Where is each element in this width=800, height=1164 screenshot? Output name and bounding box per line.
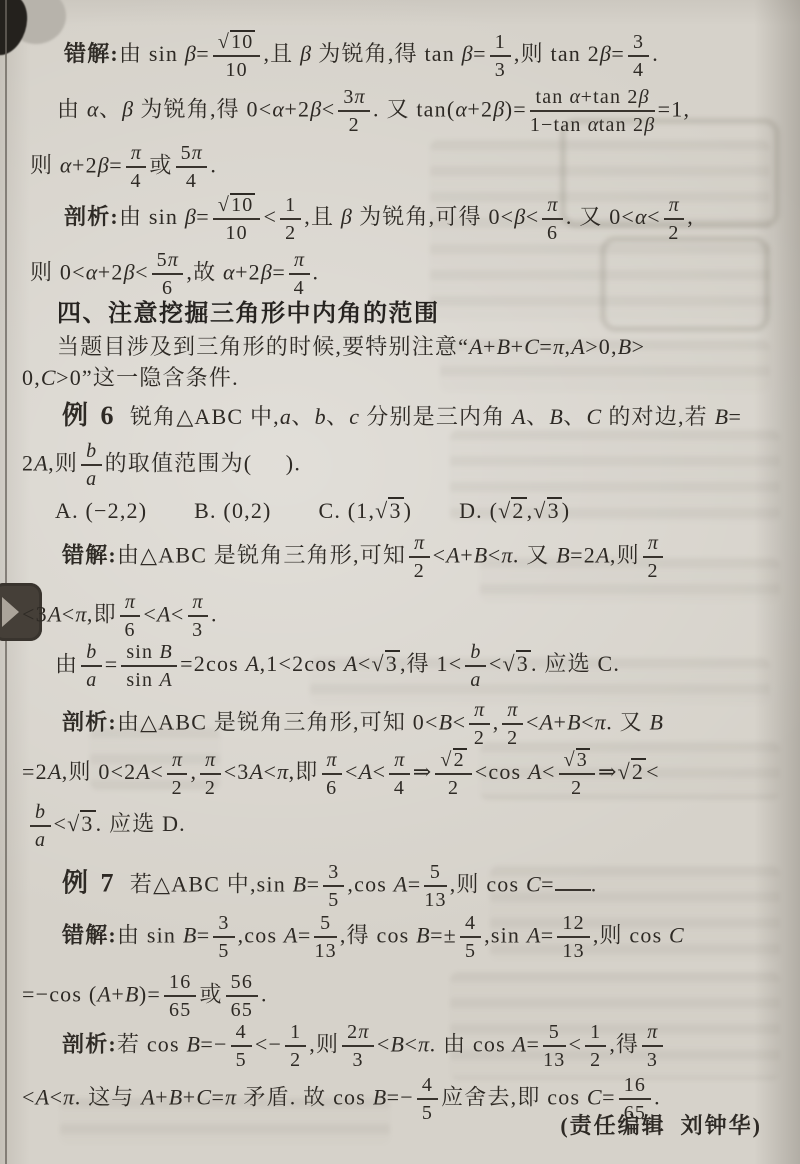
editor-credit: (责任编辑 刘钟华) bbox=[560, 1112, 762, 1140]
text-run: < bbox=[263, 204, 277, 229]
text-run: <A+B<π. 又 B=2A,则 bbox=[433, 542, 640, 567]
answer-blank bbox=[555, 867, 591, 891]
text-run: <− bbox=[255, 1031, 282, 1056]
fraction: 35 bbox=[323, 861, 344, 912]
bold-label: 四、注意挖掘三角形中内角的范围 bbox=[57, 301, 440, 327]
wrong-solution-line-2: 由 α、β 为锐角,得 0<α+2β<3π2. 又 tan(α+2β)=tan … bbox=[57, 86, 690, 137]
text-run: 2A,则 bbox=[22, 450, 78, 475]
fraction: π2 bbox=[409, 532, 430, 583]
text-run: <B<π. 由 cos A= bbox=[377, 1031, 540, 1056]
fraction: 12 bbox=[280, 194, 301, 245]
scanned-page: 错解:由 sin β=√1010,且 β 为锐角,得 tan β=13,则 ta… bbox=[0, 0, 800, 1164]
fraction: π2 bbox=[664, 194, 685, 245]
text-run: <A< bbox=[345, 759, 386, 784]
fraction: √32 bbox=[559, 748, 595, 800]
fraction: π6 bbox=[542, 194, 563, 245]
fraction: sin Bsin A bbox=[121, 641, 177, 692]
text-run: 由 sin β= bbox=[119, 204, 210, 229]
text-run: <A+B<π. 又 B bbox=[526, 709, 664, 734]
text-run: . 又 0<α< bbox=[566, 204, 661, 229]
fraction: tan α+tan 2β1−tan αtan 2β bbox=[530, 86, 655, 137]
text-run: 0,C>0”这一隐含条件. bbox=[22, 365, 239, 390]
bold-label: 剖析: bbox=[62, 709, 117, 734]
text-run: =2A,则 0<2A< bbox=[22, 759, 164, 784]
text-run: 若△ABC 中,sin B= bbox=[117, 871, 321, 896]
fraction: √1010 bbox=[213, 193, 261, 245]
text-run: ⇒√2< bbox=[598, 759, 660, 784]
text-run: ,故 α+2β= bbox=[186, 259, 286, 284]
text-run: ⇒ bbox=[413, 759, 433, 784]
fraction: 5π4 bbox=[176, 142, 208, 193]
fraction: ba bbox=[465, 641, 486, 692]
text-run: . bbox=[313, 259, 320, 284]
fraction: ba bbox=[81, 440, 102, 491]
text-run: 则 0<α+2β< bbox=[30, 259, 149, 284]
example7-wrong-solution-2: =−cos (A+B)=1665或5665. bbox=[22, 971, 268, 1022]
fraction: ba bbox=[81, 641, 102, 692]
text-run: 由△ABC 是锐角三角形,可知 bbox=[117, 542, 406, 567]
bold-label: 例 6 bbox=[62, 401, 117, 430]
text-run: . bbox=[211, 601, 218, 626]
fraction: √22 bbox=[435, 748, 471, 800]
analysis-line-1: 剖析:由 sin β=√1010<12,且 β 为锐角,可得 0<β<π6. 又… bbox=[64, 193, 694, 245]
fraction: π3 bbox=[188, 591, 209, 642]
fraction: π4 bbox=[126, 142, 147, 193]
bold-label: 剖析: bbox=[64, 204, 119, 229]
text-run: ,且 β 为锐角,得 tan β= bbox=[263, 41, 486, 66]
text-run: 当题目涉及到三角形的时候,要特别注意“A+B+C=π,A>0,B> bbox=[57, 334, 645, 359]
fraction: ba bbox=[30, 801, 51, 852]
fraction: π4 bbox=[289, 249, 310, 300]
example7-title-line: 例 7 若△ABC 中,sin B=35,cos A=513,则 cos C=. bbox=[62, 861, 597, 912]
bold-label: 剖析: bbox=[62, 1031, 117, 1056]
text-run: <√3. 应选 C. bbox=[489, 651, 620, 676]
fraction: 1665 bbox=[164, 971, 196, 1022]
fraction: 45 bbox=[231, 1021, 252, 1072]
text-run: ,得 bbox=[609, 1031, 639, 1056]
fraction: 513 bbox=[314, 912, 336, 963]
fraction: π2 bbox=[167, 749, 188, 800]
spine-line bbox=[5, 0, 7, 1164]
text-run: ,则 tan 2β= bbox=[514, 41, 625, 66]
fraction: 3π2 bbox=[338, 86, 370, 137]
text-run: . bbox=[591, 871, 598, 896]
section-intro-line-2: 0,C>0”这一隐含条件. bbox=[22, 364, 239, 392]
text-run: 锐角△ABC 中,a、b、c 分别是三内角 A、B、C 的对边,若 B= bbox=[117, 404, 743, 429]
text-run: =−cos (A+B)= bbox=[22, 981, 161, 1006]
text-run: 则 α+2β= bbox=[30, 152, 123, 177]
section-heading: 四、注意挖掘三角形中内角的范围 bbox=[57, 299, 440, 329]
text-run: ,得 cos B=± bbox=[340, 922, 457, 947]
example6-wrong-solution-1: 错解:由△ABC 是锐角三角形,可知π2<A+B<π. 又 B=2A,则π2 bbox=[62, 532, 666, 583]
text-run: ,则 cos C= bbox=[450, 871, 555, 896]
text-run: 由 α、β 为锐角,得 0<α+2β< bbox=[57, 96, 335, 121]
text-run: =2cos A,1<2cos A<√3,得 1< bbox=[180, 651, 462, 676]
text-run: 若 cos B=− bbox=[117, 1031, 228, 1056]
text-run: ,cos A= bbox=[238, 922, 312, 947]
text-run: A. (−2,2) B. (0,2) C. (1,√3) D. (√2,√3) bbox=[55, 498, 570, 523]
text-run: . bbox=[210, 152, 217, 177]
text-run: 应舍去,即 cos C= bbox=[441, 1084, 616, 1109]
text-run: 由 sin B= bbox=[117, 922, 210, 947]
example7-analysis-1: 剖析:若 cos B=−45<−12,则2π3<B<π. 由 cos A=513… bbox=[62, 1021, 666, 1072]
text-run: 的取值范围为( ). bbox=[105, 450, 301, 475]
fraction: 35 bbox=[213, 912, 234, 963]
fraction: 1213 bbox=[557, 912, 589, 963]
text-run: ,sin A= bbox=[484, 922, 554, 947]
text-run: ,则 cos C bbox=[593, 922, 684, 947]
text-run: , bbox=[190, 759, 197, 784]
fraction: π4 bbox=[389, 749, 410, 800]
example6-title-line: 例 6 锐角△ABC 中,a、b、c 分别是三内角 A、B、C 的对边,若 B= bbox=[62, 400, 742, 433]
fraction: π2 bbox=[643, 532, 664, 583]
bold-label: 错解: bbox=[62, 922, 117, 947]
text-run: <3A<π,即 bbox=[224, 759, 319, 784]
text-run: , bbox=[687, 204, 694, 229]
text-run: <√3. 应选 D. bbox=[54, 811, 186, 836]
text-run: . bbox=[261, 981, 268, 1006]
example6-wrong-solution-3: 由ba=sin Bsin A=2cos A,1<2cos A<√3,得 1<ba… bbox=[55, 641, 620, 692]
text-run: ,cos A= bbox=[347, 871, 421, 896]
fraction: π6 bbox=[120, 591, 141, 642]
example6-analysis-1: 剖析:由△ABC 是锐角三角形,可知 0<B<π2,π2<A+B<π. 又 B bbox=[62, 699, 663, 750]
bold-label: 例 7 bbox=[62, 868, 117, 897]
fraction: 5π6 bbox=[152, 249, 184, 300]
text-run: < bbox=[569, 1031, 583, 1056]
text-run: . 又 tan(α+2β)= bbox=[373, 96, 527, 121]
example6-question-line: 2A,则ba的取值范围为( ). bbox=[22, 440, 301, 491]
fraction: π2 bbox=[469, 699, 490, 750]
fraction: 5665 bbox=[226, 971, 258, 1022]
text-run: 由 bbox=[55, 651, 78, 676]
bold-label: (责任编辑 刘钟华) bbox=[560, 1113, 762, 1138]
text-run: 由△ABC 是锐角三角形,可知 0<B< bbox=[117, 709, 466, 734]
text-run: 或 bbox=[199, 981, 222, 1006]
fraction: 513 bbox=[424, 861, 446, 912]
example6-wrong-solution-2: <3A<π,即π6<A<π3. bbox=[22, 591, 218, 642]
fraction: 13 bbox=[490, 31, 511, 82]
fraction: 45 bbox=[460, 912, 481, 963]
text-run: =1, bbox=[658, 96, 691, 121]
example6-analysis-2: =2A,则 0<2A<π2,π2<3A<π,即π6<A<π4⇒√22<cos A… bbox=[22, 748, 660, 800]
fraction: √1010 bbox=[213, 30, 261, 82]
text-run: ,且 β 为锐角,可得 0<β< bbox=[304, 204, 539, 229]
fraction: 513 bbox=[543, 1021, 565, 1072]
text-run: ,则 bbox=[309, 1031, 339, 1056]
fraction: 45 bbox=[417, 1074, 438, 1125]
example6-analysis-3: ba<√3. 应选 D. bbox=[27, 801, 186, 852]
fraction: 12 bbox=[285, 1021, 306, 1072]
section-intro-line-1: 当题目涉及到三角形的时候,要特别注意“A+B+C=π,A>0,B> bbox=[57, 333, 645, 361]
fraction: 12 bbox=[585, 1021, 606, 1072]
text-run: 或 bbox=[149, 152, 172, 177]
example7-wrong-solution-1: 错解:由 sin B=35,cos A=513,得 cos B=±45,sin … bbox=[62, 912, 684, 963]
fraction: π2 bbox=[502, 699, 523, 750]
bold-label: 错解: bbox=[64, 41, 119, 66]
fraction: π2 bbox=[200, 749, 221, 800]
text-run: . bbox=[654, 1084, 661, 1109]
text-run: <cos A< bbox=[475, 759, 556, 784]
fraction: π6 bbox=[322, 749, 343, 800]
text-run: 由 sin β= bbox=[119, 41, 210, 66]
text-run: <A<π. 这与 A+B+C=π 矛盾. 故 cos B=− bbox=[22, 1084, 414, 1109]
text-run: = bbox=[105, 651, 119, 676]
analysis-line-2: 则 0<α+2β<5π6,故 α+2β=π4. bbox=[30, 249, 319, 300]
text-run: , bbox=[493, 709, 500, 734]
fraction: 34 bbox=[628, 31, 649, 82]
fraction: π3 bbox=[642, 1021, 663, 1072]
example6-options-line: A. (−2,2) B. (0,2) C. (1,√3) D. (√2,√3) bbox=[55, 497, 570, 525]
bold-label: 错解: bbox=[62, 542, 117, 567]
fraction: 2π3 bbox=[342, 1021, 374, 1072]
text-run: . bbox=[652, 41, 659, 66]
wrong-solution-line-3: 则 α+2β=π4或5π4. bbox=[30, 142, 217, 193]
wrong-solution-line-1: 错解:由 sin β=√1010,且 β 为锐角,得 tan β=13,则 ta… bbox=[64, 30, 659, 82]
text-run: <3A<π,即 bbox=[22, 601, 117, 626]
text-run: <A< bbox=[143, 601, 184, 626]
